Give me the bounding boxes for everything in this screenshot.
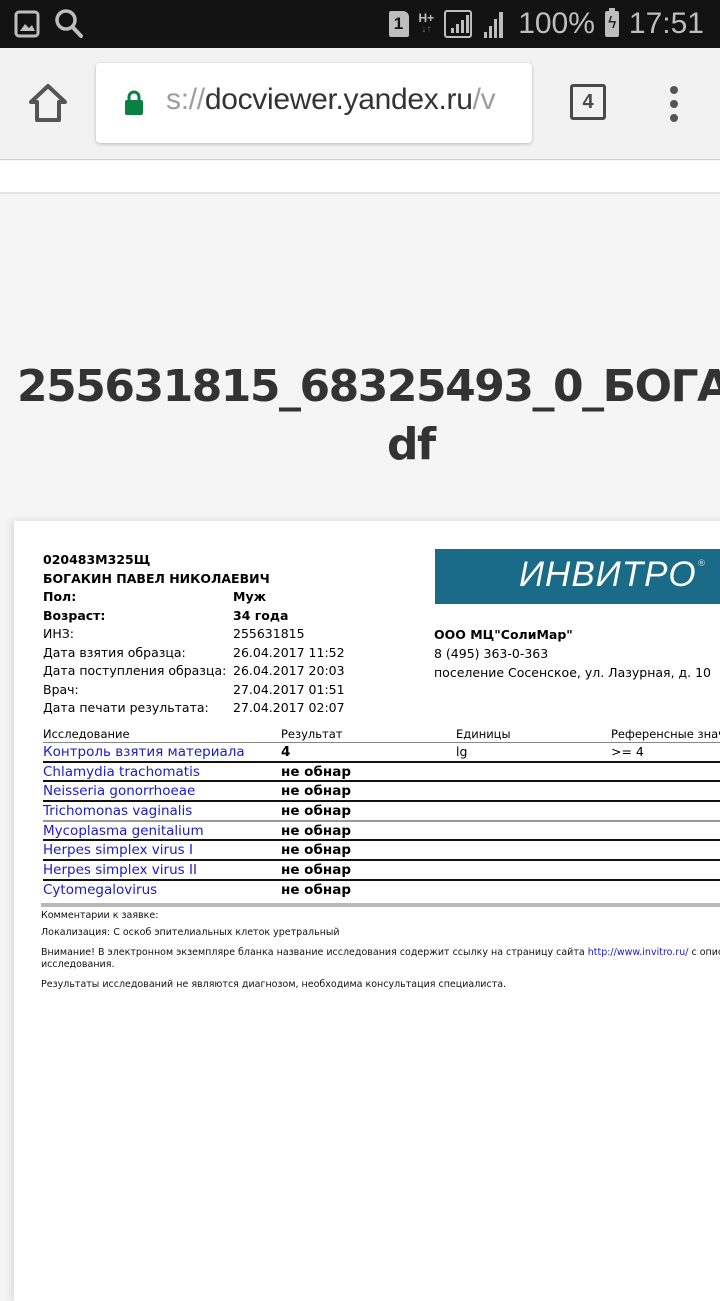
patient-name: БОГАКИН ПАВЕЛ НИКОЛАЕВИЧ — [43, 570, 345, 589]
document-page: 020483М325Щ БОГАКИН ПАВЕЛ НИКОЛАЕВИЧ Пол… — [14, 521, 720, 1280]
test-link[interactable]: Контроль взятия материала — [43, 744, 245, 760]
overflow-menu-button[interactable] — [666, 86, 682, 122]
field-value: Муж — [233, 588, 266, 607]
patient-field: Дата поступления образца:26.04.2017 20:0… — [43, 662, 345, 681]
field-value: 26.04.2017 20:03 — [233, 662, 345, 681]
warning-text-line2: исследования. — [41, 959, 720, 971]
test-link[interactable]: Neisseria gonorrhoeae — [43, 783, 195, 799]
table-row: Mycoplasma genitaliumне обнар — [43, 822, 720, 842]
patient-field: ИНЗ:255631815 — [43, 625, 345, 644]
gallery-icon — [14, 9, 40, 43]
table-row: Herpes simplex virus IIне обнар — [43, 861, 720, 881]
sim2-signal-icon — [482, 10, 508, 38]
field-value: 26.04.2017 11:52 — [233, 644, 345, 663]
test-link[interactable]: Chlamydia trachomatis — [43, 764, 200, 780]
results-table: Исследование Результат Единицы Референсн… — [43, 726, 720, 901]
clinic-address: поселение Сосенское, ул. Лазурная, д. 10 — [434, 663, 711, 682]
result-value: не обнар — [281, 803, 351, 819]
url-text[interactable]: s://docviewer.yandex.ru/v — [166, 83, 495, 117]
units-value: lg — [456, 744, 467, 759]
result-value: не обнар — [281, 783, 351, 799]
notes: Комментарии к заявке: Локализация: С оск… — [41, 910, 720, 996]
viewer-toolbar — [0, 161, 720, 194]
result-value: не обнар — [281, 842, 351, 858]
field-value: 27.04.2017 02:07 — [233, 699, 345, 718]
reference-value: >= 4 — [611, 744, 644, 759]
field-label: Дата поступления образца: — [43, 662, 233, 681]
field-value: 27.04.2017 01:51 — [233, 681, 345, 700]
clinic-phone: 8 (495) 363-0-363 — [434, 644, 711, 663]
clock: 17:51 — [629, 7, 704, 41]
battery-charging-icon: ϟ — [605, 11, 619, 37]
table-row: Cytomegalovirusне обнар — [43, 881, 720, 901]
patient-code: 020483М325Щ — [43, 551, 345, 570]
test-link[interactable]: Mycoplasma genitalium — [43, 823, 204, 839]
patient-field: Врач:27.04.2017 01:51 — [43, 681, 345, 700]
test-link[interactable]: Herpes simplex virus II — [43, 862, 197, 878]
result-value: 4 — [281, 744, 290, 760]
invitro-link[interactable]: http://www.invitro.ru/ — [588, 947, 689, 958]
status-bar: 1 H+↓↑ 100% ϟ 17:51 — [0, 0, 720, 48]
lock-icon — [124, 90, 144, 116]
battery-percent: 100% — [518, 7, 595, 41]
search-icon — [54, 8, 84, 44]
patient-field: Пол:Муж — [43, 588, 345, 607]
field-label: Пол: — [43, 588, 233, 607]
sim1-signal-icon — [444, 10, 472, 38]
network-type-icon: H+↓↑ — [419, 12, 435, 36]
clinic-name: ООО МЦ"СолиМар" — [434, 625, 711, 644]
sim-card-icon: 1 — [389, 11, 409, 37]
field-label: Врач: — [43, 681, 233, 700]
patient-field: Дата взятия образца:26.04.2017 11:52 — [43, 644, 345, 663]
address-bar[interactable]: s://docviewer.yandex.ru/v — [96, 63, 532, 143]
results-header: Исследование Результат Единицы Референсн… — [43, 726, 720, 743]
comments-label: Комментарии к заявке: — [41, 910, 720, 922]
field-label: Дата взятия образца: — [43, 644, 233, 663]
home-icon — [26, 82, 70, 126]
test-link[interactable]: Cytomegalovirus — [43, 882, 157, 898]
field-label: ИНЗ: — [43, 625, 233, 644]
result-value: не обнар — [281, 882, 351, 898]
field-value: 255631815 — [233, 625, 305, 644]
field-value: 34 года — [233, 607, 288, 626]
result-value: не обнар — [281, 823, 351, 839]
divider — [41, 903, 720, 907]
document-title: 255631815_68325493_0_БОГАКИ df — [0, 355, 720, 485]
test-link[interactable]: Herpes simplex virus I — [43, 842, 193, 858]
invitro-logo: ИНВИТРО® — [435, 549, 720, 604]
browser-toolbar: s://docviewer.yandex.ru/v 4 — [0, 48, 720, 160]
table-row: Trichomonas vaginalisне обнар — [43, 802, 720, 822]
patient-field: Возраст:34 года — [43, 607, 345, 626]
patient-info: 020483М325Щ БОГАКИН ПАВЕЛ НИКОЛАЕВИЧ Пол… — [43, 551, 345, 718]
localization-text: Локализация: С оскоб эпителиальных клето… — [41, 927, 720, 939]
home-button[interactable] — [26, 82, 70, 126]
result-value: не обнар — [281, 764, 351, 780]
field-label: Возраст: — [43, 607, 233, 626]
test-link[interactable]: Trichomonas vaginalis — [43, 803, 192, 819]
disclaimer-text: Результаты исследований не являются диаг… — [41, 979, 720, 991]
clinic-info: ООО МЦ"СолиМар" 8 (495) 363-0-363 поселе… — [434, 625, 711, 682]
patient-field: Дата печати результата:27.04.2017 02:07 — [43, 699, 345, 718]
table-row: Контроль взятия материала4lg>= 4 — [43, 743, 720, 763]
result-value: не обнар — [281, 862, 351, 878]
warning-text: Внимание! В электронном экземпляре бланк… — [41, 947, 720, 959]
field-label: Дата печати результата: — [43, 699, 233, 718]
tab-switcher-button[interactable]: 4 — [570, 84, 606, 120]
table-row: Herpes simplex virus Iне обнар — [43, 841, 720, 861]
table-row: Chlamydia trachomatisне обнар — [43, 763, 720, 783]
table-row: Neisseria gonorrhoeaeне обнар — [43, 782, 720, 802]
